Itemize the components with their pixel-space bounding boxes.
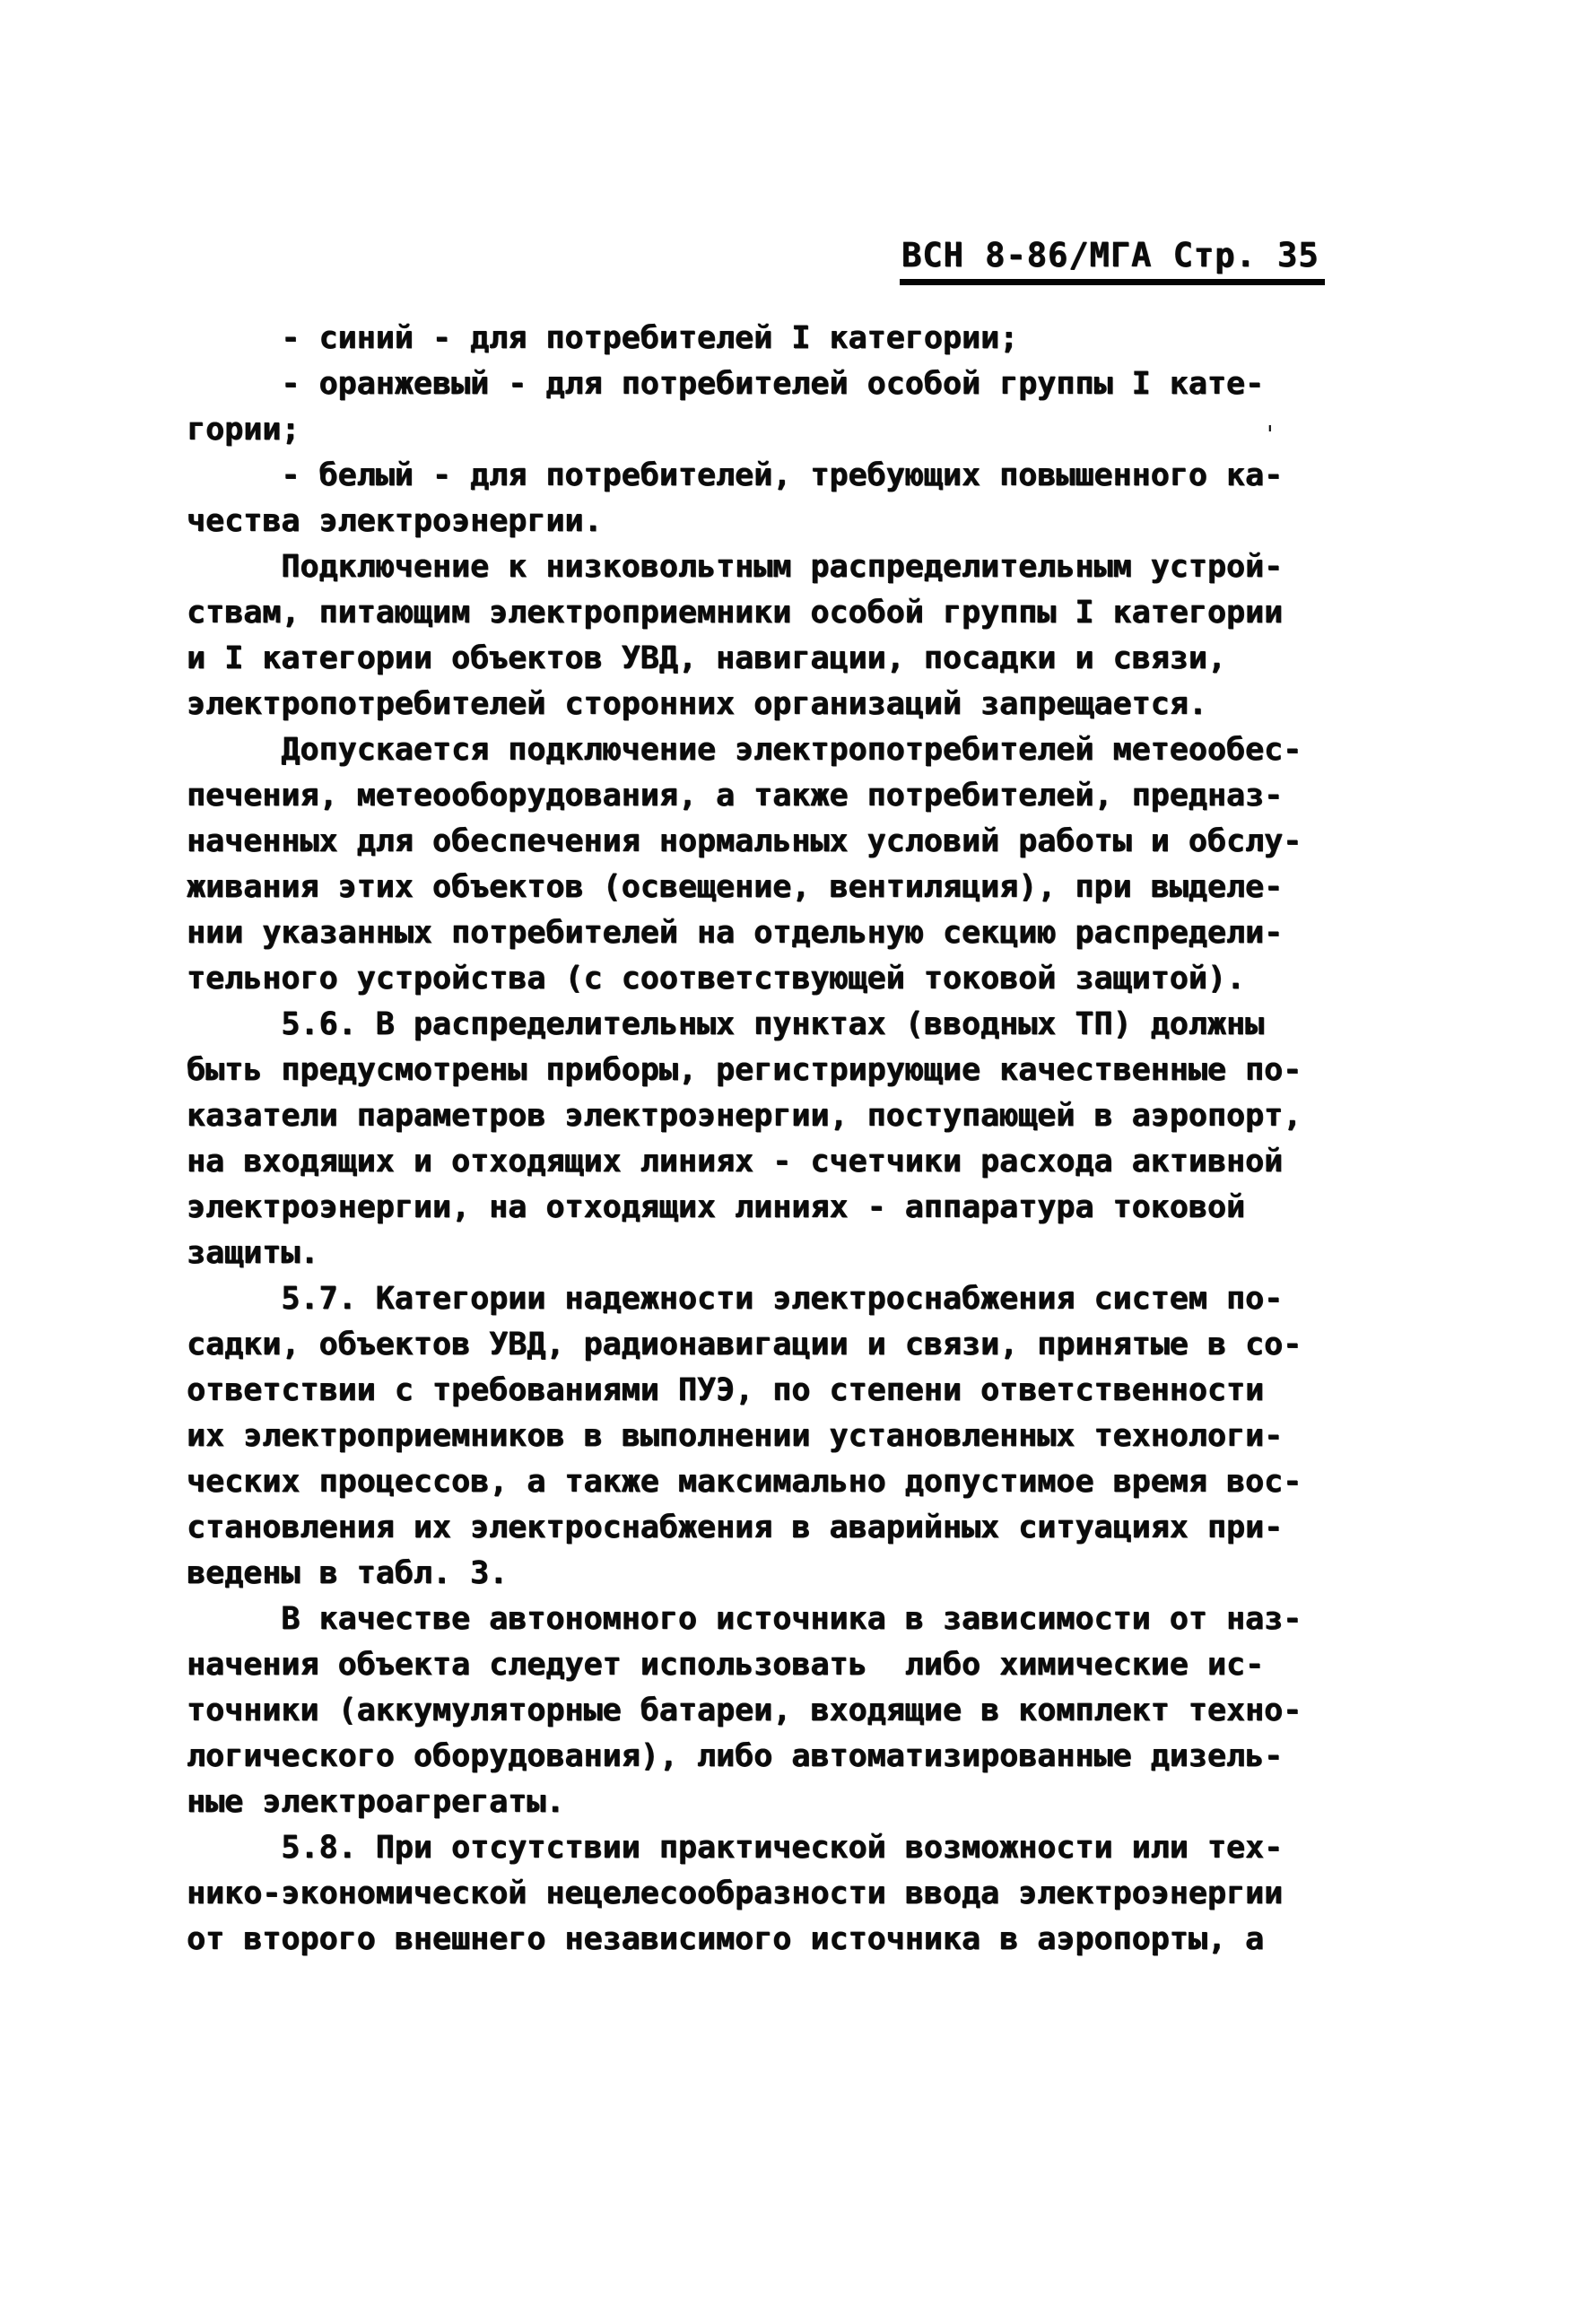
text-line: гории; bbox=[187, 407, 1380, 453]
text-line: - оранжевый - для потребителей особой гр… bbox=[187, 361, 1380, 407]
text-line: электропотребителей сторонних организаци… bbox=[187, 682, 1380, 727]
text-line: нии указанных потребителей на отдельную … bbox=[187, 910, 1380, 956]
text-line: Допускается подключение электропотребите… bbox=[187, 727, 1380, 773]
text-line: 5.6. В распределительных пунктах (вводны… bbox=[187, 1002, 1380, 1048]
text-line: и I категории объектов УВД, навигации, п… bbox=[187, 636, 1380, 682]
text-line: логического оборудования), либо автомати… bbox=[187, 1734, 1380, 1780]
text-line: на входящих и отходящих линиях - счетчик… bbox=[187, 1139, 1380, 1185]
text-line: ные электроагрегаты. bbox=[187, 1780, 1380, 1825]
page-header: ВСН 8-86/МГА Стр. 35 bbox=[900, 236, 1325, 285]
text-line: быть предусмотрены приборы, регистрирующ… bbox=[187, 1048, 1380, 1093]
text-line: становления их электроснабжения в аварий… bbox=[187, 1505, 1380, 1551]
text-line: 5.8. При отсутствии практической возможн… bbox=[187, 1825, 1380, 1871]
document-body: - синий - для потребителей I категории; … bbox=[187, 316, 1380, 1963]
text-line: начения объекта следует использовать либ… bbox=[187, 1642, 1380, 1688]
text-line: тельного устройства (с соответствующей т… bbox=[187, 956, 1380, 1002]
text-line: печения, метеооборудования, а также потр… bbox=[187, 773, 1380, 819]
text-line: наченных для обеспечения нормальных усло… bbox=[187, 819, 1380, 865]
text-line: - белый - для потребителей, требующих по… bbox=[187, 453, 1380, 499]
text-line: казатели параметров электроэнергии, пост… bbox=[187, 1093, 1380, 1139]
text-line: живания этих объектов (освещение, вентил… bbox=[187, 865, 1380, 910]
text-line: ческих процессов, а также максимально до… bbox=[187, 1459, 1380, 1505]
scan-artifact-mark: ' bbox=[1263, 422, 1277, 448]
document-number-page-label: ВСН 8-86/МГА Стр. 35 bbox=[900, 236, 1325, 285]
text-line: защиты. bbox=[187, 1231, 1380, 1276]
text-line: ведены в табл. 3. bbox=[187, 1551, 1380, 1597]
text-line: В качестве автономного источника в завис… bbox=[187, 1597, 1380, 1642]
text-line: 5.7. Категории надежности электроснабжен… bbox=[187, 1276, 1380, 1322]
text-line: - синий - для потребителей I категории; bbox=[187, 316, 1380, 361]
text-line: нико-экономической нецелесообразности вв… bbox=[187, 1871, 1380, 1917]
text-line: точники (аккумуляторные батареи, входящи… bbox=[187, 1688, 1380, 1734]
text-line: ответствии с требованиями ПУЭ, по степен… bbox=[187, 1368, 1380, 1414]
text-line: ствам, питающим электроприемники особой … bbox=[187, 590, 1380, 636]
text-line: садки, объектов УВД, радионавигации и св… bbox=[187, 1322, 1380, 1368]
text-line: Подключение к низковольтным распределите… bbox=[187, 544, 1380, 590]
text-line: электроэнергии, на отходящих линиях - ап… bbox=[187, 1185, 1380, 1231]
text-line: от второго внешнего независимого источни… bbox=[187, 1917, 1380, 1963]
text-line: чества электроэнергии. bbox=[187, 499, 1380, 544]
text-line: их электроприемников в выполнении устано… bbox=[187, 1414, 1380, 1459]
document-page: ВСН 8-86/МГА Стр. 35 - синий - для потре… bbox=[0, 0, 1585, 2324]
